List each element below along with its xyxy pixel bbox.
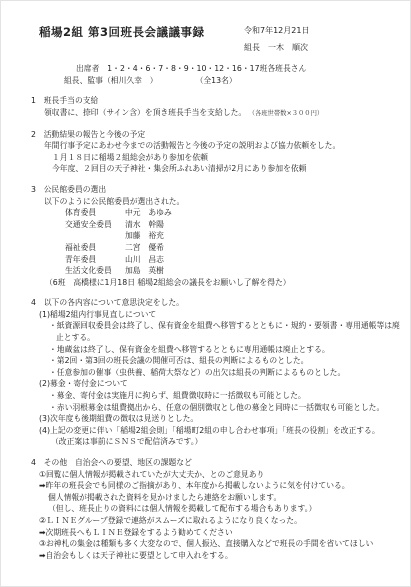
section-3-note: （6班 高橋様に1月18日 稲場2組総会の議長をお願いし了解を得た） [45, 277, 404, 289]
section-4-sub4-note: （改正案は事前にＳＮＳで配信済みです。） [51, 436, 404, 448]
section-1-note: （各班世帯数×３００円） [249, 110, 324, 117]
member-name: 山川 昌志 [125, 254, 164, 266]
header-right-block: 令和7年12月21日 組長 一木 順次 [244, 25, 404, 53]
section-4-sub2-heading: (2)募金・寄付金について [39, 378, 404, 390]
section-4-sub2-item: ・赤い羽根募金は組費拠出から、任意の個別徴収とし他の募金と同時に一括徴収も可能と… [49, 402, 404, 414]
section-4-sub1-item: ・紙資源回収委員会は終了し、保有資金を組費へ移管するとともに・規約・要領書・専用… [49, 320, 404, 343]
section-1-allowance: 1 班長手当の支給 領収書に、捺印（サイン含）を頂き班長手当を支給した。 （各班… [31, 95, 404, 119]
committee-member-row: 生活文化委員 加島 英樹 [65, 265, 404, 277]
attendees-line1: 出席者 1・2・4・6・7・8・9・10・12・16・17班各班長さん [76, 63, 404, 75]
section-3-intro: 以下のように公民館委員が選出された。 [44, 196, 404, 208]
member-name: 加島 英樹 [125, 265, 164, 277]
section-4-sub1-item: ・第2回・第3回の班長会議の開催可否は、組長の判断によるものとした。 [49, 355, 404, 367]
section-5-opinion-3: ③お神札の集金は種類も多く大変なので、個人振込、直接購入などで班長の手間を省いて… [39, 538, 404, 550]
section-4-sub1-heading: (1)稲場2組内行事見直しについて [39, 309, 404, 321]
attendees-total: （全13名） [196, 75, 237, 87]
member-role: 福祉委員 [65, 242, 125, 254]
section-4-sub4: (4)上記の変更に伴い「稲場2組会則」「稲場町2組の申し合わせ事項」「班長の役割… [39, 425, 404, 437]
section-5-response-2: ➡次期班長へもＬＩＮＥ登録をするよう勧めてください [39, 527, 404, 539]
section-1-body: 領収書に、捺印（サイン含）を頂き班長手当を支給した。 （各班世帯数×３００円） [44, 107, 404, 120]
attendees-officers: 組長、監事（相川久幸 ） [64, 75, 158, 87]
member-role: 生活文化委員 [65, 265, 125, 277]
member-role [65, 230, 125, 242]
member-name: 加藤 裕充 [125, 230, 164, 242]
committee-member-row: 加藤 裕充 [65, 230, 404, 242]
member-role: 交通安全委員 [65, 219, 125, 231]
section-4-sub2-item: ・募金、寄付金は実施月に拘らず、組費徴収時に一括徴収も可能とした。 [49, 390, 404, 402]
page-title: 稲場2組 第3回班長会議議事録 [39, 25, 205, 39]
document-date: 令和7年12月21日 [244, 25, 404, 37]
section-5-response-1-cont: 個人情報が掲載された資料を見かけましたら連絡をお願いします。 [48, 492, 404, 504]
section-1-text: 領収書に、捺印（サイン含）を頂き班長手当を支給した。 [44, 108, 246, 117]
section-5-other: 4 その他 自治会への要望、地区の課題など ①回覧に個人情報が掲載されていたが大… [31, 457, 404, 561]
section-4-sub1-item: ・任意参加の催事（虫供養、稲荷大祭など）の出欠は組長の判断によるものとした。 [49, 367, 404, 379]
section-5-response-1-note: （但し、班長止りの資料には個人情報を掲載して配布する場合もあります。） [48, 503, 404, 515]
section-4-heading: 4 以下の各内容について意思決定をした。 [31, 297, 404, 309]
section-2-activity-report: 2 活動結果の報告と今後の予定 年間行事予定にあわせ今までの活動報告と今後の予定… [31, 129, 404, 175]
section-4-sub3: (3)次年度も後期組費の徴収は見送りとした。 [39, 413, 404, 425]
section-2-heading: 2 活動結果の報告と今後の予定 [31, 129, 404, 141]
document-header: 稲場2組 第3回班長会議議事録 令和7年12月21日 組長 一木 順次 [31, 25, 404, 53]
committee-member-row: 福祉委員 二宮 優希 [65, 242, 404, 254]
committee-member-row: 体育委員 中元 あゆみ [65, 207, 404, 219]
member-role: 青年委員 [65, 254, 125, 266]
section-2-line1: 年間行事予定にあわせ今までの活動報告と今後の予定の説明および協力依頼をした。 [44, 140, 404, 152]
member-name: 清水 幹陽 [125, 219, 164, 231]
section-5-response-1: ➡昨年の班長会でも同様のご指摘があり、本年度から掲載しないように気を付けている。 [39, 480, 404, 492]
section-5-opinion-2: ②ＬＩＮＥグループ登録で連絡がスムーズに取れるようになり良くなった。 [39, 515, 404, 527]
member-name: 中元 あゆみ [125, 207, 172, 219]
section-5-response-3: ➡自治会もしくは天子神社に要望として申入れをする。 [39, 550, 404, 562]
member-role: 体育委員 [65, 207, 125, 219]
section-3-heading: 3 公民館委員の選出 [31, 184, 404, 196]
committee-member-row: 青年委員 山川 昌志 [65, 254, 404, 266]
document-page: 稲場2組 第3回班長会議議事録 令和7年12月21日 組長 一木 順次 出席者 … [0, 0, 411, 587]
attendees-block: 出席者 1・2・4・6・7・8・9・10・12・16・17班各班長さん 組長、監… [64, 63, 404, 86]
section-3-committee-election: 3 公民館委員の選出 以下のように公民館委員が選出された。 体育委員 中元 あゆ… [31, 184, 404, 288]
committee-member-row: 交通安全委員 清水 幹陽 [65, 219, 404, 231]
section-4-sub1-item: ・地蔵盆は終了し、保有資金を組費へ移管するとともに専用通帳は廃止とする。 [49, 344, 404, 356]
section-2-line3: 今年度、２回目の天子神社・集会所ふれあい清掃が2月にあり参加を依頼 [52, 163, 404, 175]
member-name: 二宮 優希 [125, 242, 164, 254]
section-4-decisions: 4 以下の各内容について意思決定をした。 (1)稲場2組内行事見直しについて ・… [31, 297, 404, 448]
section-5-heading: 4 その他 自治会への要望、地区の課題など [31, 457, 404, 469]
group-leader-name: 組長 一木 順次 [244, 42, 404, 54]
attendees-line2: 組長、監事（相川久幸 ） （全13名） [64, 75, 404, 87]
section-1-heading: 1 班長手当の支給 [31, 95, 404, 107]
section-2-line2: １月１８日に稲場２組総会があり参加を依頼 [52, 152, 404, 164]
section-5-opinion-1: ①回覧に個人情報が掲載されていたが大丈夫か、とのご意見あり [39, 469, 404, 481]
